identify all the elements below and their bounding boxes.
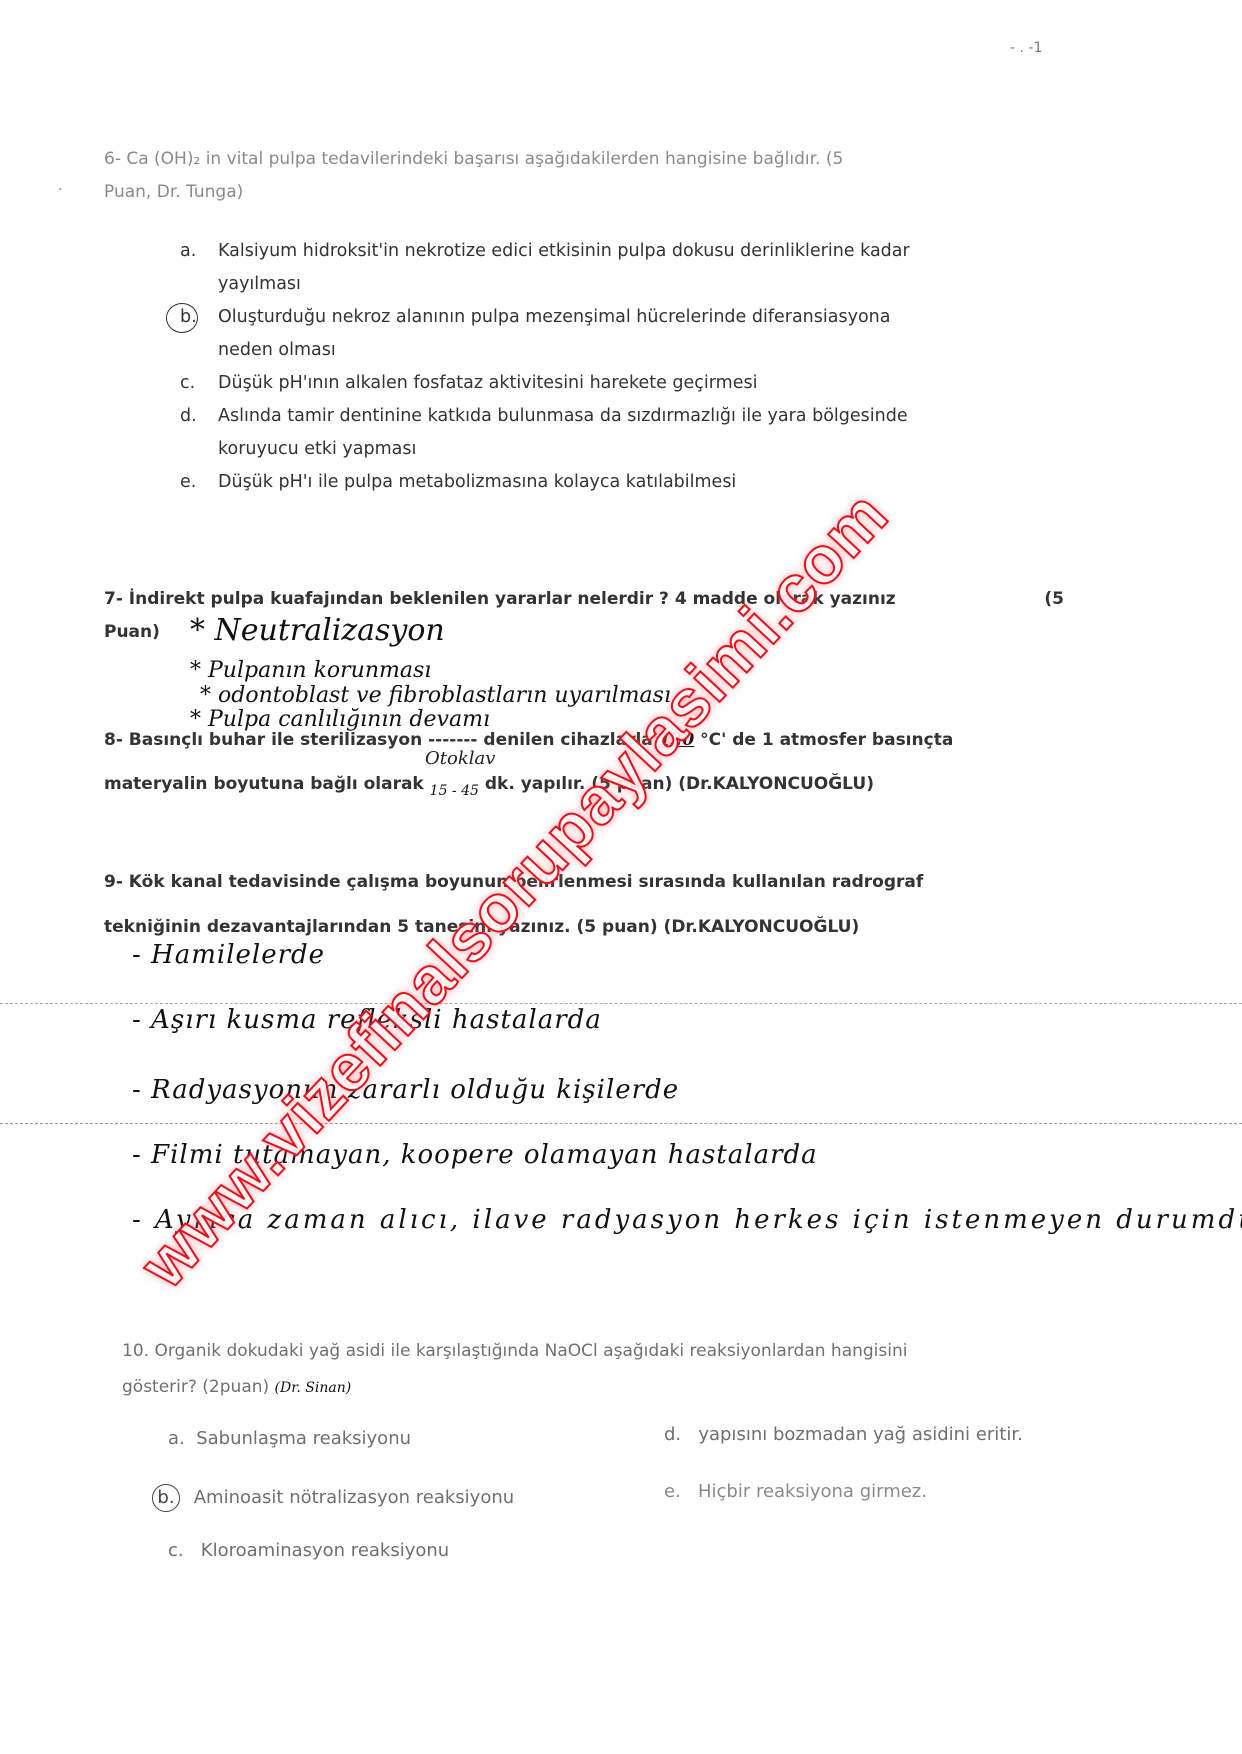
question-9-answer-2: - Aşırı kusma refleksli hastalarda xyxy=(132,1005,602,1035)
exam-page: - . -1 . 6- Ca (OH)₂ in vital pulpa teda… xyxy=(0,0,1242,1754)
question-6: 6- Ca (OH)₂ in vital pulpa tedavilerinde… xyxy=(104,143,1064,209)
question-10: 10. Organik dokudaki yağ asidi ile karşı… xyxy=(122,1333,1082,1406)
question-8-text-3: °C' de 1 atmosfer basınçta xyxy=(700,730,953,750)
question-9-answer-1: - Hamilelerde xyxy=(132,940,325,970)
question-9: 9- Kök kanal tedavisinde çalışma boyunun… xyxy=(104,860,1104,950)
question-6-option-b: b. Oluşturduğu nekroz alanının pulpa mez… xyxy=(180,301,1060,367)
option-letter: c. xyxy=(168,1540,184,1561)
question-6-option-e: e. Düşük pH'ı ile pulpa metabolizmasına … xyxy=(180,466,1060,499)
scan-artifact-line xyxy=(0,1003,1242,1004)
option-text-cont: koruyucu etki yapması xyxy=(218,433,908,466)
question-9-text: 9- Kök kanal tedavisinde çalışma boyunun… xyxy=(104,860,1104,905)
question-9-answer-4: - Filmi tutamayan, koopere olamayan hast… xyxy=(132,1140,818,1170)
question-7-answer-1: * Neutralizasyon xyxy=(190,620,445,642)
question-7-text: 7- İndirekt pulpa kuafajından beklenilen… xyxy=(104,583,896,616)
option-text: Oluşturduğu nekroz alanının pulpa mezenş… xyxy=(218,301,890,334)
question-8-answer-time: 15 - 45 xyxy=(430,783,479,799)
option-letter: a. xyxy=(168,1428,185,1449)
option-text: Düşük pH'ının alkalen fosfataz aktivites… xyxy=(218,367,757,400)
question-10-option-e: e. Hiçbir reaksiyona girmez. xyxy=(664,1481,927,1502)
option-text: Düşük pH'ı ile pulpa metabolizmasına kol… xyxy=(218,466,736,499)
question-7-points: (5 xyxy=(1044,583,1064,616)
question-7-answer-2: * Pulpanın korunması xyxy=(190,660,431,682)
option-letter: d. xyxy=(664,1424,681,1445)
option-text: Hiçbir reaksiyona girmez. xyxy=(698,1481,927,1502)
question-8-text-4: materyalin boyutuna bağlı olarak xyxy=(104,774,424,794)
question-6-options: a. Kalsiyum hidroksit'in nekrotize edici… xyxy=(180,235,1060,499)
option-letter: e. xyxy=(664,1481,681,1502)
option-letter-circled: b. xyxy=(152,1484,180,1512)
question-6-option-c: c. Düşük pH'ının alkalen fosfataz aktivi… xyxy=(180,367,1060,400)
question-10-option-b: b. Aminoasit nötralizasyon reaksiyonu xyxy=(168,1484,514,1512)
question-8-text-1: 8- Basınçlı buhar ile sterilizasyon xyxy=(104,730,422,750)
option-text-cont: neden olması xyxy=(218,334,890,367)
option-text-cont: yayılması xyxy=(218,268,910,301)
option-text: Kloroaminasyon reaksiyonu xyxy=(201,1540,449,1561)
question-8-text-2: denilen cihazlarla xyxy=(483,730,652,750)
question-8-answer-temperature: 120 xyxy=(659,730,695,750)
option-letter: e. xyxy=(180,466,218,499)
question-8-answer-device: Otoklav xyxy=(425,748,495,769)
question-9-answer-3: - Radyasyonun zararlı olduğu kişilerde xyxy=(132,1075,679,1105)
question-6-text-cont: Puan, Dr. Tunga) xyxy=(104,176,1064,209)
question-6-option-a: a. Kalsiyum hidroksit'in nekrotize edici… xyxy=(180,235,1060,301)
option-text: Kalsiyum hidroksit'in nekrotize edici et… xyxy=(218,235,910,268)
question-6-option-d: d. Aslında tamir dentinine katkıda bulun… xyxy=(180,400,1060,466)
option-text: Sabunlaşma reaksiyonu xyxy=(196,1428,411,1449)
question-10-option-d: d. yapısını bozmadan yağ asidini eritir. xyxy=(664,1424,1023,1445)
question-10-option-c: c. Kloroaminasyon reaksiyonu xyxy=(168,1540,449,1561)
scan-artifact-line xyxy=(0,1123,1242,1124)
option-text: Aminoasit nötralizasyon reaksiyonu xyxy=(194,1487,514,1508)
scan-mark-top-right: - . -1 xyxy=(1010,40,1042,56)
option-letter-circled: b. xyxy=(180,301,218,367)
option-text: yapısını bozmadan yağ asidini eritir. xyxy=(698,1424,1022,1445)
question-7-answer-3: * odontoblast ve fibroblastların uyarılm… xyxy=(200,685,671,707)
question-9-answer-5: - Ayrıca zaman alıcı, ilave radyasyon he… xyxy=(132,1205,1242,1235)
option-letter: a. xyxy=(180,235,218,301)
question-10-text-cont: gösterir? (2puan) xyxy=(122,1377,269,1397)
question-8-text-5: dk. yapılır. (5 puan) (Dr.KALYONCUOĞLU) xyxy=(485,774,874,794)
question-8-blank-1: ------- xyxy=(428,730,477,750)
question-8-line-1: 8- Basınçlı buhar ile sterilizasyon ----… xyxy=(104,724,1084,757)
question-8-line-2: materyalin boyutuna bağlı olarak 15 - 45… xyxy=(104,768,1064,808)
scan-mark-left: . xyxy=(58,178,62,194)
question-10-author: (Dr. Sinan) xyxy=(275,1380,352,1396)
question-6-text: 6- Ca (OH)₂ in vital pulpa tedavilerinde… xyxy=(104,143,1064,176)
question-10-option-a: a. Sabunlaşma reaksiyonu xyxy=(168,1428,411,1449)
option-letter: c. xyxy=(180,367,218,400)
option-letter: d. xyxy=(180,400,218,466)
question-10-text: 10. Organik dokudaki yağ asidi ile karşı… xyxy=(122,1333,1082,1369)
option-text: Aslında tamir dentinine katkıda bulunmas… xyxy=(218,400,908,433)
